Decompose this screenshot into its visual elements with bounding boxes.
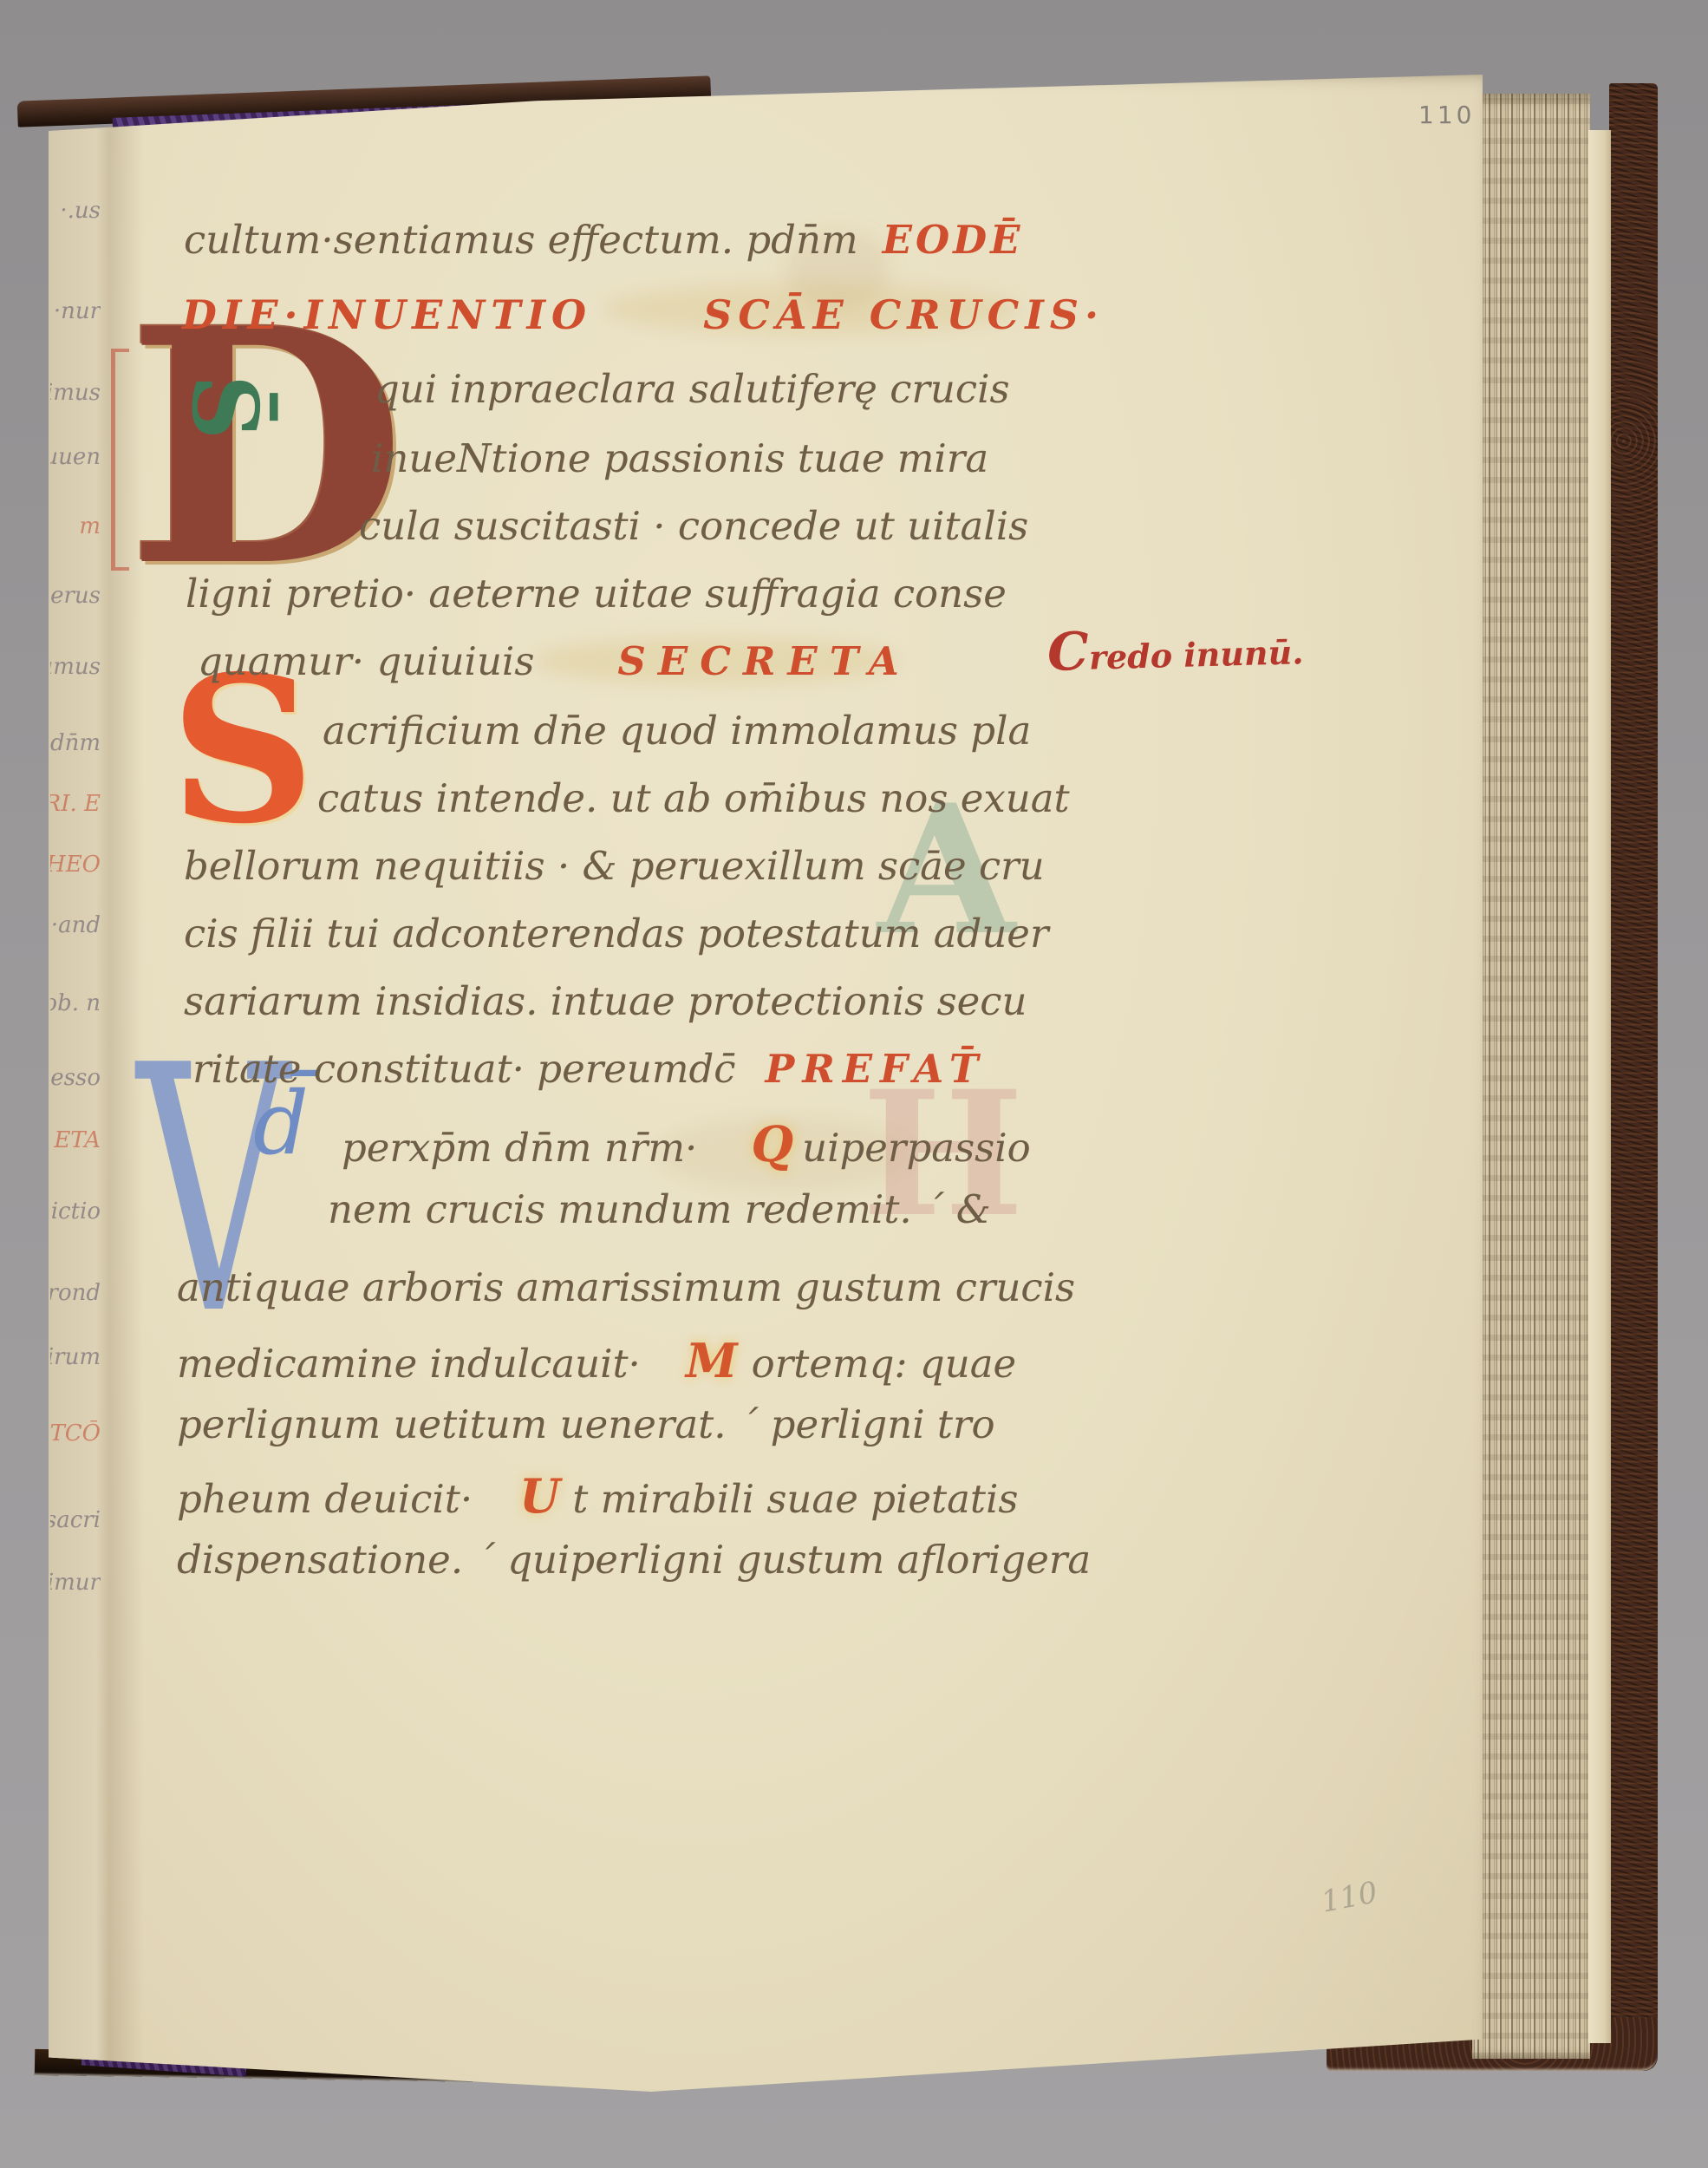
gutter-fragment: dictio — [50, 1198, 101, 1224]
manuscript-line: quamur· quiuiuisSECRETA — [198, 640, 911, 683]
marginal-note-credo: Credo inunū. — [1046, 617, 1304, 682]
gutter-fragment: RI. E — [50, 791, 101, 817]
text-segment: antiquae arboris amarissimum gustum cruc… — [177, 1264, 1075, 1310]
page-stack-light-edge — [1588, 130, 1611, 2043]
manuscript-line: sariarum insidias. intuae protectionis s… — [184, 980, 1027, 1023]
text-segment: perlignum uetitum uenerat. ´ perligni tr… — [177, 1401, 995, 1447]
manuscript-line: cula suscitasti · concede ut uitalis — [359, 505, 1028, 548]
text-segment: cula suscitasti · concede ut uitalis — [359, 503, 1028, 549]
book-cover-right — [1609, 83, 1658, 2071]
text-segment: ligni pretio· aeterne uitae suffragia co… — [186, 571, 1007, 617]
manuscript-line: inueNtione passionis tuae mira — [371, 437, 988, 480]
gutter-fragment: uuen. — [50, 444, 101, 470]
text-segment: U — [519, 1468, 560, 1524]
gutter-fragment: bramus· — [50, 654, 101, 680]
text-segment: Q — [751, 1116, 793, 1173]
manuscript-line: dispensatione. ´ quiperligni gustum aflo… — [177, 1538, 1091, 1582]
gutter-fragment: THEO — [50, 852, 101, 878]
text-segment: EODĒ — [883, 217, 1024, 263]
page-stack-fore-edge — [1472, 94, 1590, 2059]
text-segment: PREFAT̄ — [766, 1046, 987, 1092]
red-initial-s: S — [170, 669, 316, 831]
manuscript-line: ligni pretio· aeterne uitae suffragia co… — [186, 572, 1007, 616]
gutter-fragment: ETA — [50, 1127, 101, 1153]
text-segment: quamur· quiuiuis — [198, 638, 534, 684]
manuscript-line: acrificium dn̄e quod immolamus pla — [323, 709, 1031, 753]
gutter-fragment: quimur — [50, 1570, 101, 1596]
text-segment: perxp̄m dn̄m nr̄m· — [342, 1125, 697, 1171]
text-segment: cultum·sentiamus effectum. pdn̄m — [184, 217, 858, 263]
text-segment: uiperpassio — [802, 1125, 1031, 1171]
text-segment: M — [686, 1333, 738, 1388]
manuscript-photo: A H D S̄ S V d̄ 110 110 Credo inunū. cul… — [0, 0, 1708, 2168]
green-inset-letter-s: S̄ — [189, 375, 261, 440]
gutter-fragment: nur· — [50, 298, 101, 324]
text-segment: inueNtione passionis tuae mira — [371, 435, 988, 481]
gutter-fragment: eris sacri — [50, 1507, 101, 1533]
gutter-fragment: POSTCŌ — [50, 1420, 101, 1446]
manuscript-line: pheum deuicit·Ut mirabili suae pietatis — [177, 1471, 1019, 1522]
manuscript-line: qui inpraeclara salutiferę crucis — [375, 368, 1010, 411]
gutter-fragment: and· — [50, 912, 101, 938]
text-segment: pheum deuicit· — [177, 1476, 473, 1522]
gutter-fragment: us.· — [50, 198, 101, 224]
text-segment: dispensatione. ´ quiperligni gustum aflo… — [177, 1537, 1091, 1583]
text-segment: t mirabili suae pietatis — [572, 1476, 1018, 1522]
gutter-fragment: terus. — [50, 583, 101, 609]
text-segment: SECRETA — [617, 638, 910, 684]
text-segment: sariarum insidias. intuae protectionis s… — [184, 978, 1027, 1024]
gutter-fragment: fierond — [50, 1280, 101, 1306]
text-segment: medicamine indulcauit· — [177, 1341, 641, 1387]
text-segment: catus intende. ut ab om̄ibus nos exuat — [317, 775, 1070, 821]
text-segment: bellorum nequitiis · & peruexillum scāe … — [184, 843, 1045, 889]
text-segment: nem crucis mundum redemit. ´ & — [328, 1186, 991, 1232]
manuscript-line: bellorum nequitiis · & peruexillum scāe … — [184, 845, 1045, 888]
manuscript-line: perxp̄m dn̄m nr̄m·Quiperpassio — [342, 1119, 1031, 1172]
gutter-fragment: pdn̄m — [50, 730, 101, 756]
manuscript-line: antiquae arboris amarissimum gustum cruc… — [177, 1266, 1075, 1309]
gutter-fragment: m — [50, 513, 101, 539]
gutter-fragment: intercesso — [50, 1065, 101, 1091]
text-segment: ritate constituat· pereumdc̄ — [192, 1046, 736, 1092]
manuscript-line: medicamine indulcauit·Mortemq: quae — [177, 1335, 1016, 1387]
gutter-fragment: tirum — [50, 1344, 101, 1370]
manuscript-line: cis filii tui adconterendas potestatum a… — [184, 912, 1048, 956]
text-segment: cis filii tui adconterendas potestatum a… — [184, 911, 1048, 957]
text-segment: ortemq: quae — [752, 1341, 1017, 1387]
text-segment: DIE·INUENTIO — [182, 291, 592, 338]
text-segment: SCĀE CRUCIS· — [703, 291, 1105, 338]
gutter-fragment: imus·. — [50, 380, 101, 406]
manuscript-line: cultum·sentiamus effectum. pdn̄mEODĒ — [184, 219, 1023, 262]
text-segment: qui inpraeclara salutiferę crucis — [375, 366, 1010, 412]
manuscript-line: catus intende. ut ab om̄ibus nos exuat — [317, 777, 1070, 820]
manuscript-line: nem crucis mundum redemit. ´ & — [328, 1188, 991, 1231]
text-segment: acrificium dn̄e quod immolamus pla — [323, 708, 1031, 754]
folio-number-top: 110 — [1418, 102, 1475, 129]
blue-vere-dignum-d: d̄ — [253, 1089, 309, 1159]
gutter-fragment: arcob. n. — [50, 990, 101, 1016]
manuscript-line: ritate constituat· pereumdc̄PREFAT̄ — [192, 1048, 986, 1091]
manuscript-line: perlignum uetitum uenerat. ´ perligni tr… — [177, 1403, 995, 1446]
gutter-red-initial — [111, 349, 129, 571]
manuscript-line: DIE·INUENTIOSCĀE CRUCIS· — [182, 293, 1105, 337]
